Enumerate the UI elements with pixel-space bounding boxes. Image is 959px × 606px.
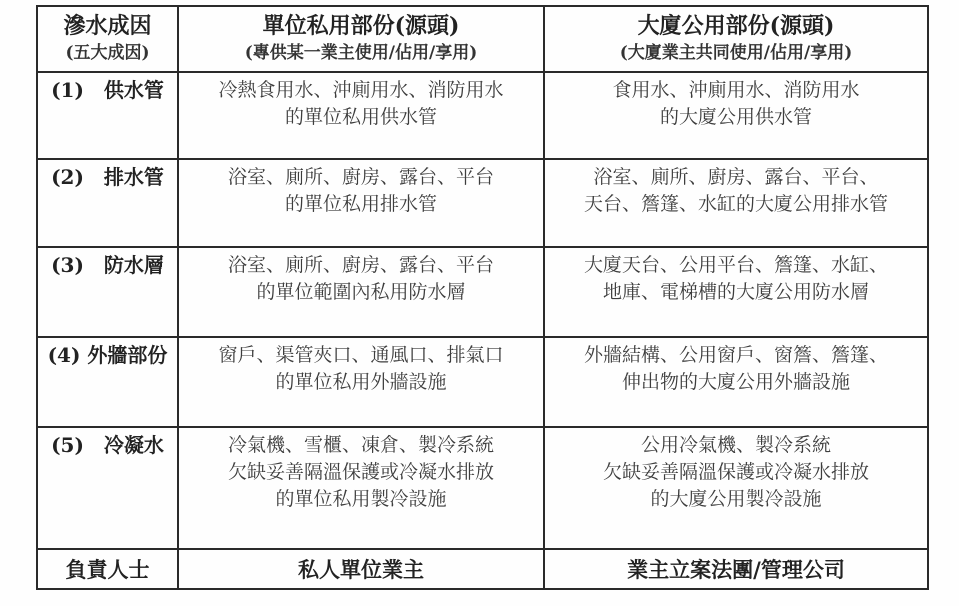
common-portion-cell: 外牆結構、公用窗戶、窗簷、簷篷、 伸出物的大廈公用外牆設施 <box>544 337 928 427</box>
responsible-party-label: 負責人士 <box>37 549 178 589</box>
cause-cell: (5) 冷凝水 <box>37 427 178 549</box>
cause-cell: (2) 排水管 <box>37 159 178 247</box>
responsible-private-cell: 私人單位業主 <box>178 549 544 589</box>
table-row-external-wall: (4) 外牆部份 窗戶、渠管夾口、通風口、排氣口 的單位私用外牆設施 外牆結構、… <box>37 337 928 427</box>
common-portion-cell: 浴室、廁所、廚房、露台、平台、 天台、簷篷、水缸的大廈公用排水管 <box>544 159 928 247</box>
private-portion-cell: 冷氣機、雪櫃、凍倉、製冷系統 欠缺妥善隔溫保護或冷凝水排放 的單位私用製冷設施 <box>178 427 544 549</box>
table-row-responsible-party: 負責人士 私人單位業主 業主立案法團/管理公司 <box>37 549 928 589</box>
header-private-subtitle: (專供某一業主使用/佔用/享用) <box>185 41 537 65</box>
common-portion-cell: 公用冷氣機、製冷系統 欠缺妥善隔溫保護或冷凝水排放 的大廈公用製冷設施 <box>544 427 928 549</box>
responsible-common-cell: 業主立案法團/管理公司 <box>544 549 928 589</box>
cause-cell: (1) 供水管 <box>37 72 178 159</box>
header-cause-subtitle: (五大成因) <box>44 41 171 65</box>
leaflet-page: 滲水成因 (五大成因) 單位私用部份(源頭) (專供某一業主使用/佔用/享用) … <box>0 0 959 606</box>
header-private-column: 單位私用部份(源頭) (專供某一業主使用/佔用/享用) <box>178 6 544 72</box>
header-common-column: 大廈公用部份(源頭) (大廈業主共同使用/佔用/享用) <box>544 6 928 72</box>
table-row-supply-pipe: (1) 供水管 冷熱食用水、沖廁用水、消防用水 的單位私用供水管 食用水、沖廁用… <box>37 72 928 159</box>
cause-cell: (3) 防水層 <box>37 247 178 337</box>
header-row: 滲水成因 (五大成因) 單位私用部份(源頭) (專供某一業主使用/佔用/享用) … <box>37 6 928 72</box>
table-row-drainage-pipe: (2) 排水管 浴室、廁所、廚房、露台、平台 的單位私用排水管 浴室、廁所、廚房… <box>37 159 928 247</box>
private-portion-cell: 浴室、廁所、廚房、露台、平台 的單位私用排水管 <box>178 159 544 247</box>
header-cause-column: 滲水成因 (五大成因) <box>37 6 178 72</box>
common-portion-cell: 大廈天台、公用平台、簷篷、水缸、 地庫、電梯槽的大廈公用防水層 <box>544 247 928 337</box>
private-portion-cell: 窗戶、渠管夾口、通風口、排氣口 的單位私用外牆設施 <box>178 337 544 427</box>
seepage-cause-table: 滲水成因 (五大成因) 單位私用部份(源頭) (專供某一業主使用/佔用/享用) … <box>36 5 929 590</box>
private-portion-cell: 冷熱食用水、沖廁用水、消防用水 的單位私用供水管 <box>178 72 544 159</box>
table-row-waterproofing: (3) 防水層 浴室、廁所、廚房、露台、平台 的單位範圍內私用防水層 大廈天台、… <box>37 247 928 337</box>
header-common-subtitle: (大廈業主共同使用/佔用/享用) <box>551 41 921 65</box>
header-cause-title: 滲水成因 <box>44 11 171 41</box>
private-portion-cell: 浴室、廁所、廚房、露台、平台 的單位範圍內私用防水層 <box>178 247 544 337</box>
header-private-title: 單位私用部份(源頭) <box>185 11 537 41</box>
table-row-condensation: (5) 冷凝水 冷氣機、雪櫃、凍倉、製冷系統 欠缺妥善隔溫保護或冷凝水排放 的單… <box>37 427 928 549</box>
common-portion-cell: 食用水、沖廁用水、消防用水 的大廈公用供水管 <box>544 72 928 159</box>
header-common-title: 大廈公用部份(源頭) <box>551 11 921 41</box>
cause-cell: (4) 外牆部份 <box>37 337 178 427</box>
